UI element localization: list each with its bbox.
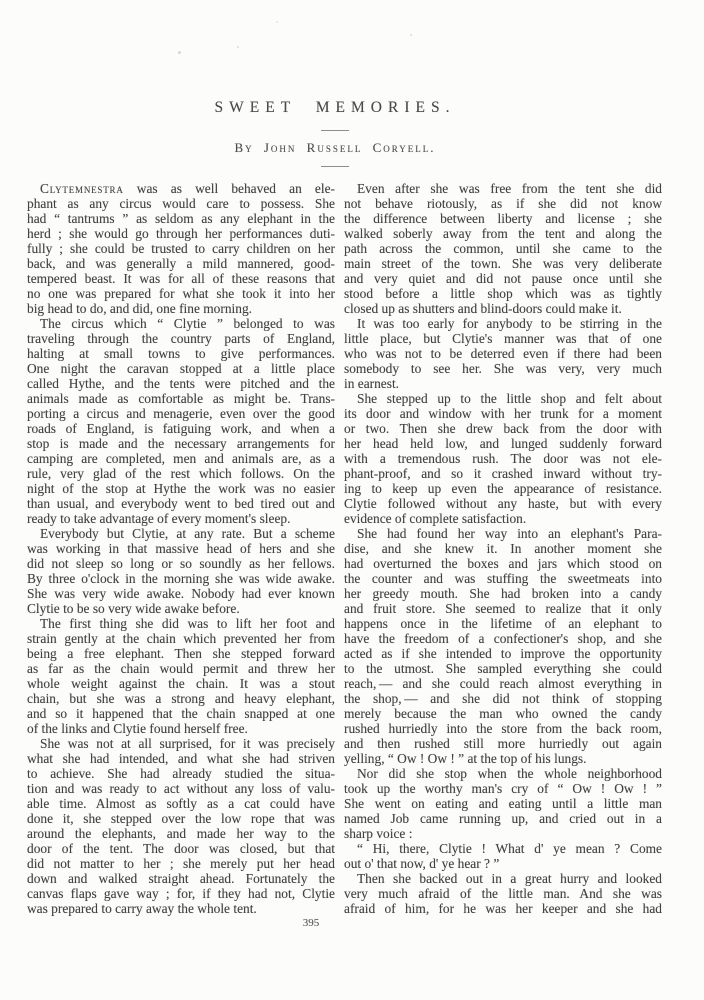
text-line: somebody to see her. She was very, very …: [344, 361, 662, 376]
text-line: or two. Then she drew back from the door…: [344, 421, 662, 436]
text-line: dise, and she knew it. In another moment…: [344, 541, 662, 556]
text-line: chain, but she was a strong and heavy el…: [27, 691, 335, 706]
paragraph: Nor did she stop when the whole neighbor…: [344, 766, 662, 841]
text-line: the counter and was stuffing the sweetme…: [344, 571, 662, 586]
text-line: yelling, “ Ow ! Ow ! ” at the top of his…: [344, 751, 662, 766]
text-line: in earnest.: [344, 376, 662, 391]
article-title: SWEET MEMORIES.: [20, 99, 650, 117]
text-line: stop is made and the necessary arrangeme…: [27, 436, 335, 451]
text-line: being a free elephant. Then she stepped …: [27, 646, 335, 661]
text-line: fully ; she could be trusted to carry ch…: [27, 241, 335, 256]
text-line: and then rushed still more hurriedly out…: [344, 736, 662, 751]
text-line: door of the tent. The door was closed, b…: [27, 841, 335, 856]
text-line: evidence of complete satisfaction.: [344, 511, 662, 526]
text-line: She went on eating and eating until a li…: [344, 796, 662, 811]
text-line: than usual, and everybody went to bed ti…: [27, 496, 335, 511]
text-line: took up the worthy man's cry of “ Ow ! O…: [344, 781, 662, 796]
text-line: rule, very glad of the rest which follow…: [27, 466, 335, 481]
column-left: Clytemnestra was as well behaved an ele-…: [27, 181, 335, 916]
paragraph: Clytemnestra was as well behaved an ele-…: [27, 181, 335, 316]
paragraph: The first thing she did was to lift her …: [27, 616, 335, 736]
text-line: very much afraid of the little man. And …: [344, 886, 662, 901]
text-line: Clytemnestra was as well behaved an ele-: [27, 181, 335, 196]
text-line: whole weight against the chain. It was a…: [27, 676, 335, 691]
text-line: around the elephants, and made her way t…: [27, 826, 335, 841]
text-line: tion and was ready to act without any lo…: [27, 781, 335, 796]
text-columns: Clytemnestra was as well behaved an ele-…: [27, 181, 662, 916]
text-line: sharp voice :: [344, 826, 662, 841]
paragraph: Even after she was free from the tent sh…: [344, 181, 662, 316]
text-line: camping are completed, men and animals a…: [27, 451, 335, 466]
text-line: big head to do, and did, one fine mornin…: [27, 301, 335, 316]
text-line: tempered beast. It was for all of these …: [27, 271, 335, 286]
text-line: porting a circus and menagerie, even ove…: [27, 406, 335, 421]
text-line: walked soberly away from the tent and al…: [344, 226, 662, 241]
text-line: path across the common, until she came t…: [344, 241, 662, 256]
page-number: 395: [298, 917, 324, 929]
paragraph: It was too early for anybody to be stirr…: [344, 316, 662, 391]
text-line: have the freedom of a confectioner's sho…: [344, 631, 662, 646]
article-header: SWEET MEMORIES. By John Russell Coryell.: [20, 0, 650, 167]
text-line: her greedy mouth. She had broken into a …: [344, 586, 662, 601]
text-line: halting at small towns to give performan…: [27, 346, 335, 361]
text-line: She was very wide awake. Nobody had ever…: [27, 586, 335, 601]
text-line: acted as if she intended to improve the …: [344, 646, 662, 661]
scan-speck: [178, 51, 181, 54]
text-line: her head held low, and lunged suddenly f…: [344, 436, 662, 451]
text-line: and so it happened that the chain snappe…: [27, 706, 335, 721]
title-divider-rule: [321, 130, 349, 131]
text-line: to achieve. She had already studied the …: [27, 766, 335, 781]
text-line: was working in that massive head of hers…: [27, 541, 335, 556]
text-line: back, and was generally a mild mannered,…: [27, 256, 335, 271]
text-line: not behave riotously, as if she did not …: [344, 196, 662, 211]
text-line: who was not to be deterred even if there…: [344, 346, 662, 361]
column-right: Even after she was free from the tent sh…: [344, 181, 662, 916]
text-line: Nor did she stop when the whole neighbor…: [344, 766, 662, 781]
text-line: the shop, — and she did not think of sto…: [344, 691, 662, 706]
text-line: She was not at all surprised, for it was…: [27, 736, 335, 751]
text-line: reach, — and she could reach almost ever…: [344, 676, 662, 691]
text-line: night of the stop at Hythe the work was …: [27, 481, 335, 496]
text-line: with a tremendous rush. The door was not…: [344, 451, 662, 466]
text-line: animals made as comfortable as might be.…: [27, 391, 335, 406]
text-line: Everybody but Clytie, at any rate. But a…: [27, 526, 335, 541]
text-line: One night the caravan stopped at a littl…: [27, 361, 335, 376]
byline-divider-rule: [321, 166, 349, 167]
text-line: Then she backed out in a great hurry and…: [344, 871, 662, 886]
text-line: It was too early for anybody to be stirr…: [344, 316, 662, 331]
scan-speck: [276, 21, 278, 23]
text-line: Clytie followed without any haste, but w…: [344, 496, 662, 511]
article-byline: By John Russell Coryell.: [20, 140, 650, 156]
paragraph: The circus which “ Clytie ” belonged to …: [27, 316, 335, 526]
text-line: little place, but Clytie's manner was th…: [344, 331, 662, 346]
text-line: ready to take advantage of every moment'…: [27, 511, 335, 526]
text-line: had “ tantrums ” as seldom as any elepha…: [27, 211, 335, 226]
paragraph: She stepped up to the little shop and fe…: [344, 391, 662, 526]
text-line: Even after she was free from the tent sh…: [344, 181, 662, 196]
text-line: down and walked straight ahead. Fortunat…: [27, 871, 335, 886]
text-line: no one was prepared for what she took it…: [27, 286, 335, 301]
text-line: “ Hi, there, Clytie ! What d' ye mean ? …: [344, 841, 662, 856]
text-line: out o' that now, d' ye hear ? ”: [344, 856, 662, 871]
text-line: happens once in the lifetime of an eleph…: [344, 616, 662, 631]
text-line: She stepped up to the little shop and fe…: [344, 391, 662, 406]
lead-word: Clytemnestra: [40, 181, 124, 196]
text-line: The circus which “ Clytie ” belonged to …: [27, 316, 335, 331]
text-line: Clytie to be so very wide awake before.: [27, 601, 335, 616]
text-line: and very quiet and did not pause once un…: [344, 271, 662, 286]
text-line: did not sleep so long or so soundly as h…: [27, 556, 335, 571]
text-line: herd ; she would go through her performa…: [27, 226, 335, 241]
paragraph: Then she backed out in a great hurry and…: [344, 871, 662, 916]
text-line: called Hythe, and the tents were pitched…: [27, 376, 335, 391]
text-line: afraid of him, for he was her keeper and…: [344, 901, 662, 916]
text-line: named Job came running up, and cried out…: [344, 811, 662, 826]
text-line: had overturned the boxes and jars which …: [344, 556, 662, 571]
paragraph: She was not at all surprised, for it was…: [27, 736, 335, 916]
text-line: traveling through the country parts of E…: [27, 331, 335, 346]
text-line: did not matter to her ; she merely put h…: [27, 856, 335, 871]
scan-speck: [237, 46, 239, 48]
paragraph: “ Hi, there, Clytie ! What d' ye mean ? …: [344, 841, 662, 871]
text-line: phant as any circus would care to posses…: [27, 196, 335, 211]
paragraph: Everybody but Clytie, at any rate. But a…: [27, 526, 335, 616]
text-line: By three o'clock in the morning she was …: [27, 571, 335, 586]
text-line: canvas flaps gave way ; for, if they had…: [27, 886, 335, 901]
text-line: the difference between liberty and licen…: [344, 211, 662, 226]
text-line: ing to keep up even the appearance of re…: [344, 481, 662, 496]
text-line: to the utmost. She sampled everything sh…: [344, 661, 662, 676]
text-line: roads of England, is fatiguing work, and…: [27, 421, 335, 436]
text-line: its door and window with her trunk for a…: [344, 406, 662, 421]
text-line: what she had intended, and what she had …: [27, 751, 335, 766]
text-line: able time. Almost as softly as a cat cou…: [27, 796, 335, 811]
magazine-page: SWEET MEMORIES. By John Russell Coryell.…: [0, 0, 704, 1000]
text-line: main street of the town. She was very de…: [344, 256, 662, 271]
text-line: as far as the chain would permit and thr…: [27, 661, 335, 676]
text-line: was prepared to carry away the whole ten…: [27, 901, 335, 916]
text-line: She had found her way into an elephant's…: [344, 526, 662, 541]
text-line: strain gently at the chain which prevent…: [27, 631, 335, 646]
text-line: closed up as shutters and blind-doors co…: [344, 301, 662, 316]
text-line: stood before a little shop which was as …: [344, 286, 662, 301]
text-line: and fruit store. She seemed to realize t…: [344, 601, 662, 616]
text-line: merely because the man who owned the can…: [344, 706, 662, 721]
text-line: phant-proof, and so it crashed inward wi…: [344, 466, 662, 481]
text-line: of the links and Clytie found herself fr…: [27, 721, 335, 736]
text-line: done it, she stepped over the low rope t…: [27, 811, 335, 826]
paragraph: She had found her way into an elephant's…: [344, 526, 662, 766]
text-line: rushed hurriedly into the store from the…: [344, 721, 662, 736]
scan-speck: [410, 34, 412, 36]
text-line: The first thing she did was to lift her …: [27, 616, 335, 631]
